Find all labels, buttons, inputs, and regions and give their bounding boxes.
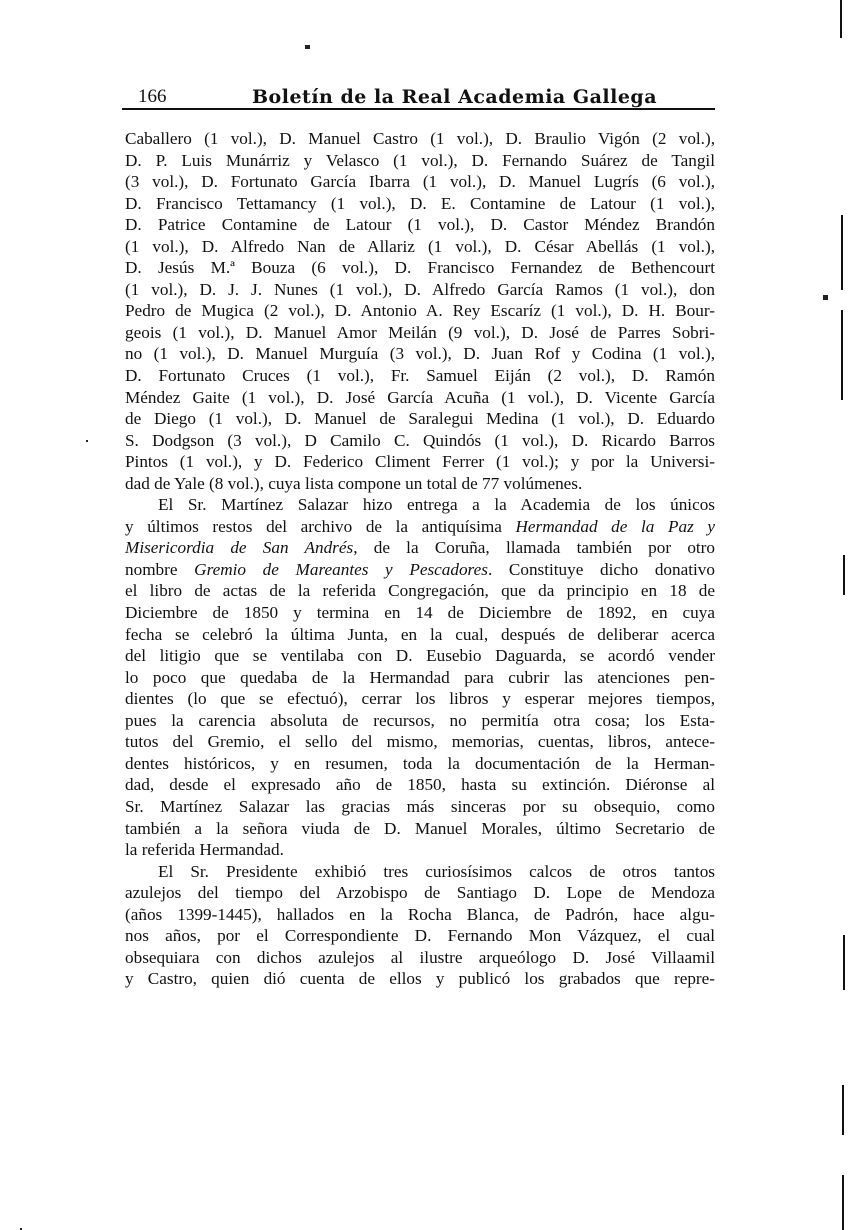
text-line: dientes (lo que se efectuó), cerrar los … <box>125 688 715 710</box>
text-line: (3 vol.), D. Fortunato García Ibarra (1 … <box>125 171 715 193</box>
scan-edge-mark <box>843 555 845 595</box>
running-title: Boletín de la Real Academia Gallega <box>252 86 657 108</box>
text-line: D. Jesús M.ª Bouza (6 vol.), D. Francisc… <box>125 257 715 279</box>
text-line: de Diego (1 vol.), D. Manuel de Saralegu… <box>125 408 715 430</box>
scan-edge-mark <box>841 310 843 400</box>
text-line: El Sr. Martínez Salazar hizo entrega a l… <box>125 494 715 516</box>
italic-title: Gremio de Mareantes y Pescadores <box>194 560 488 579</box>
scan-edge-mark <box>840 0 842 38</box>
text-run: . Constituye dicho donativo <box>488 560 715 579</box>
text-line: y últimos restos del archivo de la antiq… <box>125 516 715 538</box>
text-line: dad, desde el expresado año de 1850, has… <box>125 774 715 796</box>
text-line: D. Fortunato Cruces (1 vol.), Fr. Samuel… <box>125 365 715 387</box>
text-line: lo poco que quedaba de la Hermandad para… <box>125 667 715 689</box>
text-line: S. Dodgson (3 vol.), D Camilo C. Quindós… <box>125 430 715 452</box>
text-line: Caballero (1 vol.), D. Manuel Castro (1 … <box>125 128 715 150</box>
scan-speck <box>823 295 828 300</box>
text-line: del litigio que se ventilaba con D. Euse… <box>125 645 715 667</box>
text-run: , de la Coruña, llamada también por otro <box>353 538 715 557</box>
scan-speck <box>305 45 310 49</box>
scan-speck <box>86 440 88 442</box>
scan-edge-mark <box>842 1085 844 1135</box>
body-text: Caballero (1 vol.), D. Manuel Castro (1 … <box>125 128 715 990</box>
scan-edge-mark <box>843 935 845 990</box>
scanned-page: 166 Boletín de la Real Academia Gallega … <box>0 0 850 1230</box>
text-line: y Castro, quien dió cuenta de ellos y pu… <box>125 968 715 990</box>
text-line: (años 1399-1445), hallados en la Rocha B… <box>125 904 715 926</box>
text-line: el libro de actas de la referida Congreg… <box>125 580 715 602</box>
text-line: El Sr. Presidente exhibió tres curiosísi… <box>125 861 715 883</box>
italic-title: Hermandad de la Paz y <box>515 517 715 536</box>
text-line: pues la carencia absoluta de recursos, n… <box>125 710 715 732</box>
scan-edge-mark <box>841 215 843 290</box>
italic-title: Misericordia de San Andrés <box>125 538 353 557</box>
page-number: 166 <box>125 86 208 108</box>
text-line: Sr. Martínez Salazar las gracias más sin… <box>125 796 715 818</box>
text-line: Pintos (1 vol.), y D. Federico Climent F… <box>125 451 715 473</box>
text-line: D. Patrice Contamine de Latour (1 vol.),… <box>125 214 715 236</box>
text-line: (1 vol.), D. J. J. Nunes (1 vol.), D. Al… <box>125 279 715 301</box>
text-line: Méndez Gaite (1 vol.), D. José García Ac… <box>125 387 715 409</box>
text-run: y últimos restos del archivo de la antiq… <box>125 517 515 536</box>
scan-edge-mark <box>842 1175 844 1230</box>
text-run: nombre <box>125 560 194 579</box>
text-line: azulejos del tiempo del Arzobispo de San… <box>125 882 715 904</box>
text-line: (1 vol.), D. Alfredo Nan de Allariz (1 v… <box>125 236 715 258</box>
text-line: obsequiara con dichos azulejos al ilustr… <box>125 947 715 969</box>
text-line: no (1 vol.), D. Manuel Murguía (3 vol.),… <box>125 343 715 365</box>
page-header: 166 Boletín de la Real Academia Gallega <box>125 78 715 108</box>
text-line: tutos del Gremio, el sello del mismo, me… <box>125 731 715 753</box>
text-line: Pedro de Mugica (2 vol.), D. Antonio A. … <box>125 300 715 322</box>
text-line: nombre Gremio de Mareantes y Pescadores.… <box>125 559 715 581</box>
text-line: nos años, por el Correspondiente D. Fern… <box>125 925 715 947</box>
text-line: dad de Yale (8 vol.), cuya lista compone… <box>125 473 715 495</box>
text-line: D. Francisco Tettamancy (1 vol.), D. E. … <box>125 193 715 215</box>
text-line: dentes históricos, y en resumen, toda la… <box>125 753 715 775</box>
header-rule <box>122 108 715 110</box>
text-line: D. P. Luis Munárriz y Velasco (1 vol.), … <box>125 150 715 172</box>
text-line: Misericordia de San Andrés, de la Coruña… <box>125 537 715 559</box>
text-line: fecha se celebró la última Junta, en la … <box>125 624 715 646</box>
text-line: también a la señora viuda de D. Manuel M… <box>125 818 715 840</box>
text-line: la referida Hermandad. <box>125 839 715 861</box>
text-line: Diciembre de 1850 y termina en 14 de Dic… <box>125 602 715 624</box>
text-line: geois (1 vol.), D. Manuel Amor Meilán (9… <box>125 322 715 344</box>
